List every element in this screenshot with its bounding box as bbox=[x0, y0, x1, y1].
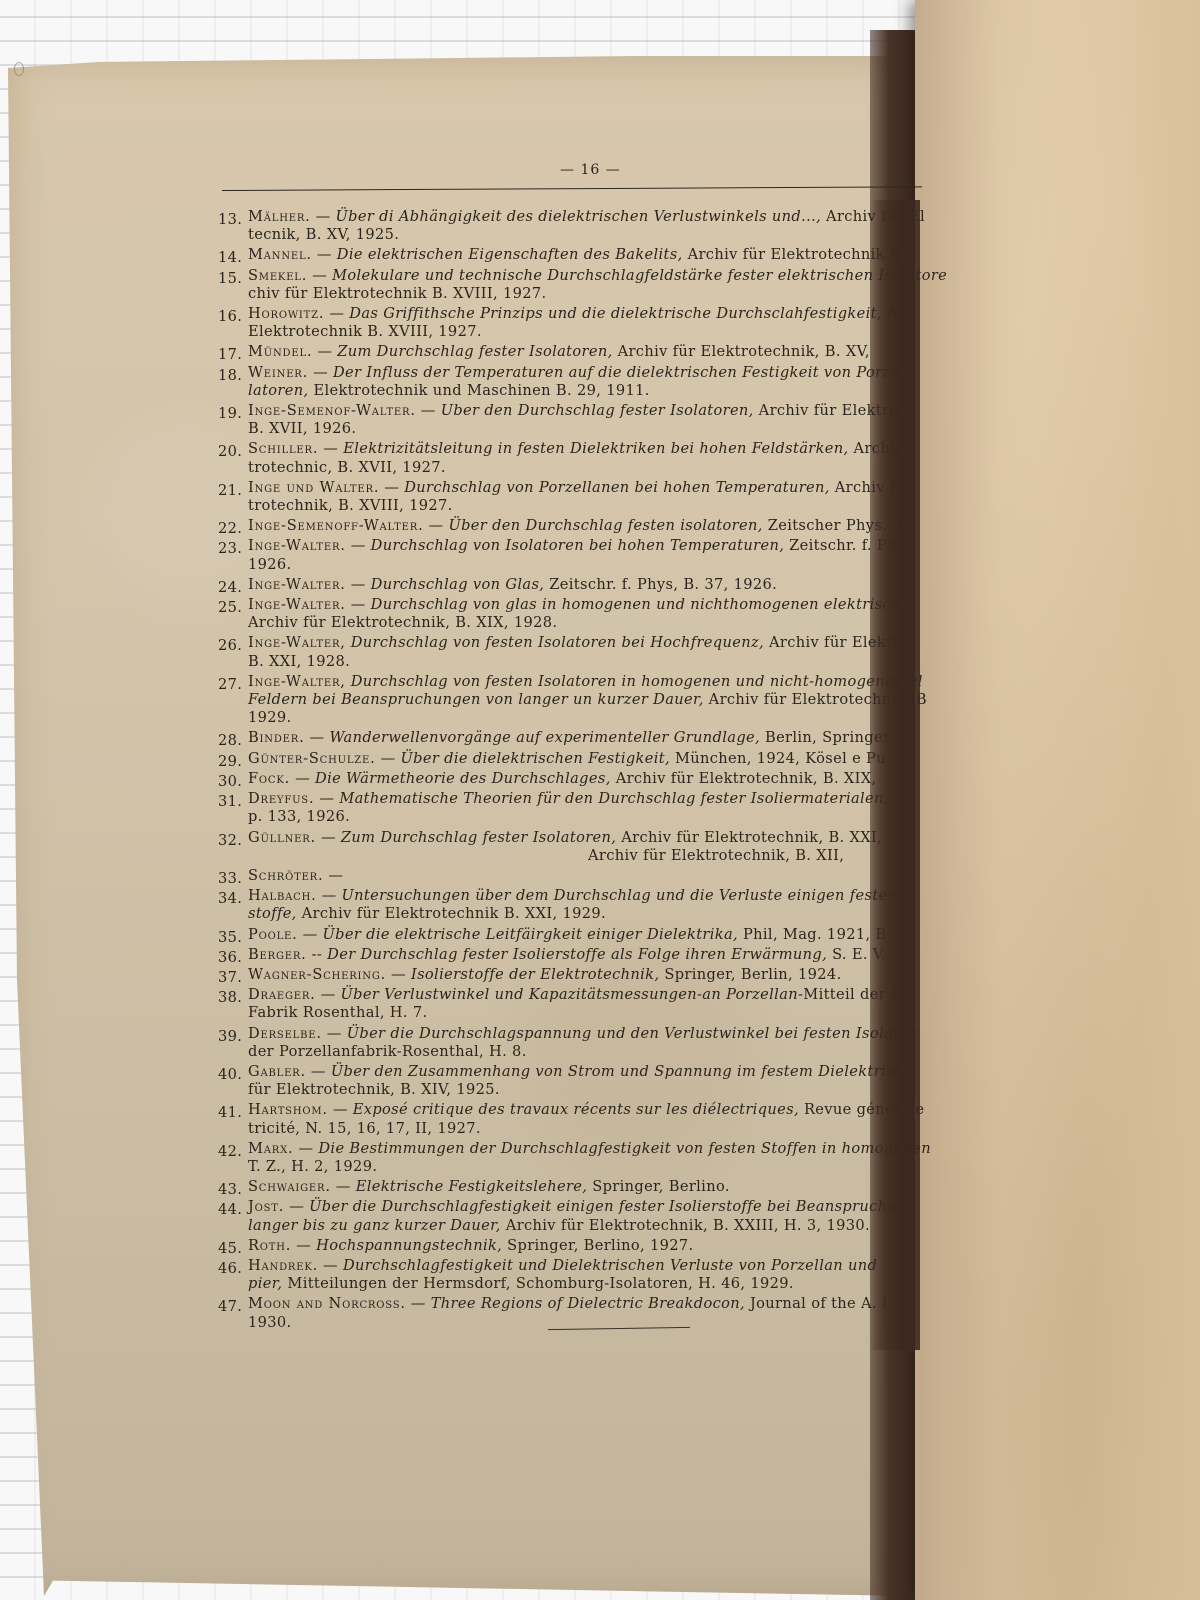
entry-line: Dreyfus. — Mathematische Theorien für de… bbox=[248, 790, 889, 807]
entry-title: Durchschlag von Glas, bbox=[371, 576, 545, 593]
entry-publication: Archiv für El bbox=[821, 208, 925, 225]
entry-title: Über die dielektrischen Festigkeit, bbox=[401, 750, 670, 767]
entry-line: Handrek. — Durchschlagfestigkeit und Die… bbox=[248, 1257, 877, 1274]
entry-continuation: p. 133, 1926. bbox=[248, 808, 938, 826]
entry-continuation: B. XXI, 1928. bbox=[248, 653, 938, 671]
entry-publication: Zeitscher Phys., B. bbox=[763, 517, 914, 534]
entry-publication-continued: Archiv für Elektrotechnik B. XXI, 1929. bbox=[297, 905, 606, 922]
entry-continuation: pier, Mitteilungen der Hermsdorf, Schomb… bbox=[248, 1275, 938, 1293]
entry-number: 18. bbox=[218, 367, 242, 385]
entry-continuation: trotechnic, B. XVII, 1927. bbox=[248, 459, 938, 477]
entry-author: Marx. bbox=[248, 1140, 293, 1157]
entry-line: Binder. — Wanderwellenvorgänge auf exper… bbox=[248, 729, 894, 746]
entry-number: 35. bbox=[218, 929, 242, 947]
entry-author: Hartshom. bbox=[248, 1101, 328, 1118]
entry-author: Inge-Walter, bbox=[248, 673, 346, 690]
entry-publication: Springer, Berlin, 1924. bbox=[659, 966, 841, 983]
entry-title-continued: pier, bbox=[248, 1275, 282, 1292]
entry-separator: — bbox=[324, 305, 349, 322]
bibliography-entry: 22.Inge-Semenoff-Walter. — Über den Durc… bbox=[218, 517, 938, 535]
entry-continuation: für Elektrotechnik, B. XIV, 1925. bbox=[248, 1081, 938, 1099]
entry-separator: — bbox=[312, 246, 337, 263]
bibliography-entry: 40.Gabler. — Über den Zusammenhang von S… bbox=[218, 1063, 938, 1099]
entry-title: Durchschlagfestigkeit und Dielektrischen… bbox=[343, 1257, 877, 1274]
entry-number: 20. bbox=[218, 443, 242, 461]
entry-author: Schiller. bbox=[248, 440, 318, 457]
entry-author: Schwaiger. bbox=[248, 1178, 331, 1195]
entry-continuation: tecnik, B. XV, 1925. bbox=[248, 226, 938, 244]
bibliography-entry: 34.Halbach. — Untersuchungen über dem Du… bbox=[218, 887, 938, 923]
entry-separator: — bbox=[305, 729, 330, 746]
bibliography-entry: 25.Inge-Walter. — Durchschlag von glas i… bbox=[218, 596, 938, 632]
entry-author: Binder. bbox=[248, 729, 305, 746]
entry-separator: — bbox=[306, 1063, 331, 1080]
bibliography-entry: 35.Poole. — Über die elektrische Leitfäi… bbox=[218, 926, 938, 944]
entry-line: Wagner-Schering. — Isolierstoffe der Ele… bbox=[248, 966, 842, 983]
entry-number: 38. bbox=[218, 989, 242, 1007]
entry-line: Schröter. — bbox=[248, 867, 343, 884]
entry-publication-continued: tecnik, B. XV, 1925. bbox=[248, 226, 399, 243]
entry-separator: — bbox=[311, 208, 336, 225]
entry-number: 36. bbox=[218, 949, 242, 967]
entry-author: Roth. bbox=[248, 1237, 291, 1254]
entry-publication: Springer, Berlino. bbox=[587, 1178, 730, 1195]
bibliography-entry: 16.Horowitz. — Das Griffithsche Prinzips… bbox=[218, 305, 938, 341]
bibliography-entry: 43.Schwaiger. — Elektrische Festigkeitsl… bbox=[218, 1178, 938, 1196]
entry-number: 29. bbox=[218, 753, 242, 771]
entry-continuation: B. XVII, 1926. bbox=[248, 420, 938, 438]
entry-author: Inge-Walter. bbox=[248, 537, 346, 554]
entry-line: Fock. — Die Wärmetheorie des Durchschlag… bbox=[248, 770, 877, 787]
entry-author: Inge-Walter. bbox=[248, 596, 346, 613]
entry-publication: Archiv für Elektrotechnik, B. XXI, bbox=[616, 829, 882, 846]
entry-publication: Springer, Berlino, 1927. bbox=[502, 1237, 693, 1254]
entry-number: 31. bbox=[218, 793, 242, 811]
entry-separator: — bbox=[322, 1025, 347, 1042]
entry-continuation: der Porzellanfabrik-Rosenthal, H. 8. bbox=[248, 1043, 938, 1061]
entry-number: 26. bbox=[218, 637, 242, 655]
bibliography-entry: 28.Binder. — Wanderwellenvorgänge auf ex… bbox=[218, 729, 938, 747]
entry-number: 24. bbox=[218, 579, 242, 597]
entry-line: Roth. — Hochspannungstechnik, Springer, … bbox=[248, 1237, 694, 1254]
entry-publication-continued: Elektrotechnik B. XVIII, 1927. bbox=[248, 323, 482, 340]
entry-separator: — bbox=[328, 1101, 353, 1118]
entry-line: Günter-Schulze. — Über die dielektrische… bbox=[248, 750, 886, 767]
entry-title: Elektrische Festigkeitslehere, bbox=[356, 1178, 588, 1195]
entry-author: Wagner-Schering. bbox=[248, 966, 386, 983]
bibliography-entry: 32.Güllner. — Zum Durchschlag fester Iso… bbox=[218, 829, 938, 865]
entry-title: Elektrizitätsleitung in festen Dielektri… bbox=[343, 440, 848, 457]
entry-separator: — bbox=[406, 1295, 431, 1312]
entry-number: 15. bbox=[218, 270, 242, 288]
entry-publication: Zeitschr. f. Phy bbox=[784, 537, 905, 554]
entry-continuation: Feldern bei Beanspruchungen von langer u… bbox=[248, 691, 938, 709]
entry-title: Zum Durchschlag fester Isolatoren, bbox=[337, 343, 612, 360]
entry-separator: — bbox=[379, 479, 404, 496]
entry-line: Hartshom. — Exposé critique des travaux … bbox=[248, 1101, 924, 1118]
page-number: — 16 — bbox=[560, 162, 621, 178]
entry-separator: — bbox=[346, 596, 371, 613]
entry-separator: — bbox=[316, 986, 341, 1003]
entry-title: Über den Durchschlag festen isolatoren, bbox=[448, 517, 762, 534]
bibliography-entry: 39.Derselbe. — Über die Durchschlagspann… bbox=[218, 1025, 938, 1061]
bibliography-entry: 23.Inge-Walter. — Durchschlag von Isolat… bbox=[218, 537, 938, 573]
bibliography-entry: 33.Schröter. — bbox=[218, 867, 938, 885]
entry-continuation: tricité, N. 15, 16, 17, II, 1927. bbox=[248, 1120, 938, 1138]
entry-number: 17. bbox=[218, 346, 242, 364]
entry-separator: — bbox=[307, 267, 332, 284]
entry-line: Inge-Walter. — Durchschlag von glas in h… bbox=[248, 596, 911, 613]
entry-number: 28. bbox=[218, 732, 242, 750]
entry-author: Gabler. bbox=[248, 1063, 306, 1080]
entry-line: Güllner. — Zum Durchschlag fester Isolat… bbox=[248, 829, 882, 846]
entry-number: 32. bbox=[218, 832, 242, 850]
entry-publication-continued: Archiv für Elektrotechnik, B. XIX, 1928. bbox=[248, 614, 557, 631]
entry-publication-continued: für Elektrotechnik, B. XIV, 1925. bbox=[248, 1081, 500, 1098]
entry-number: 39. bbox=[218, 1028, 242, 1046]
entry-separator: — bbox=[386, 966, 411, 983]
entry-continuation-indented: Archiv für Elektrotechnik, B. XII, bbox=[248, 847, 938, 865]
entry-publication: Archiv für Elektrotechnik, B. XIX, bbox=[611, 770, 877, 787]
bibliography-entry: 45.Roth. — Hochspannungstechnik, Springe… bbox=[218, 1237, 938, 1255]
entry-publication-continued: Archiv für Elektrotechnik, B. XXIII, H. … bbox=[501, 1217, 870, 1234]
entry-separator: — bbox=[284, 1198, 309, 1215]
entry-separator: — bbox=[376, 750, 401, 767]
entry-publication-continued: 1930. bbox=[248, 1314, 292, 1331]
entry-title: Durchschlag von glas in homogenen und ni… bbox=[371, 596, 911, 613]
bibliography-entry: 29.Günter-Schulze. — Über die dielektris… bbox=[218, 750, 938, 768]
entry-title: Die Bestimmungen der Durchschlagfestigke… bbox=[318, 1140, 931, 1157]
entry-continuation: Fabrik Rosenthal, H. 7. bbox=[248, 1004, 938, 1022]
entry-author: Weiner. bbox=[248, 364, 308, 381]
entry-publication: Archiv für Elektro bbox=[754, 402, 899, 419]
entry-title: Über Verlustwinkel und Kapazitätsmessung… bbox=[341, 986, 804, 1003]
bibliography-entry: 47.Moon and Norcross. — Three Regions of… bbox=[218, 1295, 938, 1331]
entry-title: Wanderwellenvorgänge auf experimenteller… bbox=[329, 729, 760, 746]
bibliography-entry: 18.Weiner. — Der Influss der Temperature… bbox=[218, 364, 938, 400]
entry-title: Die elektrischen Eigenschaften des Bakel… bbox=[337, 246, 683, 263]
entry-title: Hochspannungstechnik, bbox=[316, 1237, 502, 1254]
entry-author: Günter-Schulze. bbox=[248, 750, 376, 767]
entry-line: Inge-Walter. — Durchschlag von Glas, Zei… bbox=[248, 576, 777, 593]
entry-author: Güllner. bbox=[248, 829, 316, 846]
entry-separator: — bbox=[424, 517, 449, 534]
entry-publication-continued: Elektrotechnik und Maschinen B. 29, 1911… bbox=[308, 382, 649, 399]
entry-author: Dreyfus. bbox=[248, 790, 314, 807]
entry-title: Durchschlag von Porzellanen bei hohen Te… bbox=[404, 479, 830, 496]
entry-line: Mälher. — Über di Abhängigkeit des diele… bbox=[248, 208, 925, 225]
entry-separator: — bbox=[323, 867, 343, 884]
entry-separator: — bbox=[298, 926, 323, 943]
entry-line: Inge-Walter, Durchschlag von festen Isol… bbox=[248, 673, 923, 690]
entry-author: Inge-Walter, bbox=[248, 634, 346, 651]
entry-publication: Archiv für Elektr bbox=[764, 634, 900, 651]
entry-separator: — bbox=[317, 887, 342, 904]
entry-number: 21. bbox=[218, 482, 242, 500]
entry-number: 44. bbox=[218, 1201, 242, 1219]
entry-publication: Revue générale bbox=[799, 1101, 924, 1118]
entry-title: Über die Durchschlagfestigkeit einigen f… bbox=[309, 1198, 897, 1215]
entry-author: Schröter. bbox=[248, 867, 323, 884]
bibliography-entry: 46.Handrek. — Durchschlagfestigkeit und … bbox=[218, 1257, 938, 1293]
entry-line: Inge-Semenoff-Walter. — Über den Durchsc… bbox=[248, 517, 913, 534]
entry-publication: Archiv für Elektrotechnik B bbox=[683, 246, 901, 263]
entry-title: Über die elektrische Leitfäirgkeit einig… bbox=[323, 926, 738, 943]
entry-publication-continued: B. XVII, 1926. bbox=[248, 420, 356, 437]
bibliography-entry: 38.Draeger. — Über Verlustwinkel und Kap… bbox=[218, 986, 938, 1022]
entry-title-continued: Feldern bei Beanspruchungen von langer u… bbox=[248, 691, 704, 708]
entry-line: Weiner. — Der Influss der Temperaturen a… bbox=[248, 364, 910, 381]
entry-separator: — bbox=[308, 364, 333, 381]
bibliography-entry: 37.Wagner-Schering. — Isolierstoffe der … bbox=[218, 966, 938, 984]
entry-separator: — bbox=[318, 440, 343, 457]
entry-author: Inge-Semenoff-Walter. bbox=[248, 517, 424, 534]
entry-author: Jost. bbox=[248, 1198, 284, 1215]
entry-continuation: langer bis zu ganz kurzer Dauer, Archiv … bbox=[248, 1217, 938, 1235]
entry-author: Derselbe. bbox=[248, 1025, 322, 1042]
bibliography-entry: 14.Mannel. — Die elektrischen Eigenschaf… bbox=[218, 246, 938, 264]
entry-line: Inge-Walter, Durchschlag von festen Isol… bbox=[248, 634, 900, 651]
entry-line: Gabler. — Über den Zusammenhang von Stro… bbox=[248, 1063, 899, 1080]
bibliography-entry: 31.Dreyfus. — Mathematische Theorien für… bbox=[218, 790, 938, 826]
entry-number: 27. bbox=[218, 676, 242, 694]
entry-separator: — bbox=[312, 343, 337, 360]
entry-author: Berger. bbox=[248, 946, 307, 963]
entry-continuation: 1929. bbox=[248, 709, 938, 727]
entry-title: Über die Durchschlagspannung und den Ver… bbox=[347, 1025, 916, 1042]
entry-publication: Mitteil der I bbox=[803, 986, 897, 1003]
entry-title: Molekulare und technische Durchschlagfel… bbox=[332, 267, 947, 284]
entry-number: 42. bbox=[218, 1143, 242, 1161]
entry-continuation: trotechnik, B. XVIII, 1927. bbox=[248, 497, 938, 515]
entry-title-continued: langer bis zu ganz kurzer Dauer, bbox=[248, 1217, 501, 1234]
bibliography-entry: 20.Schiller. — Elektrizitätsleitung in f… bbox=[218, 440, 938, 476]
entry-title: Der Influss der Temperaturen auf die die… bbox=[333, 364, 910, 381]
entry-number: 45. bbox=[218, 1240, 242, 1258]
entry-number: 25. bbox=[218, 599, 242, 617]
entry-title: Durchschlag von festen Isolatoren in hom… bbox=[351, 673, 923, 690]
entry-author: Moon and Norcross. bbox=[248, 1295, 406, 1312]
entry-title: Exposé critique des travaux récents sur … bbox=[353, 1101, 799, 1118]
entry-number: 40. bbox=[218, 1066, 242, 1084]
entry-title: Durchschlag von Isolatoren bei hohen Tem… bbox=[371, 537, 785, 554]
entry-title: Das Griffithsche Prinzips und die dielek… bbox=[349, 305, 882, 322]
entry-line: Schiller. — Elektrizitätsleitung in fest… bbox=[248, 440, 914, 457]
entry-title: Three Regions of Dielectric Breakdocon, bbox=[431, 1295, 745, 1312]
entry-publication: Archiv f bbox=[830, 479, 896, 496]
entry-number: 16. bbox=[218, 308, 242, 326]
entry-title: Durchschlag von festen Isolatoren bei Ho… bbox=[351, 634, 764, 651]
bibliography-entry: 44.Jost. — Über die Durchschlagfestigkei… bbox=[218, 1198, 938, 1234]
entry-line: Derselbe. — Über die Durchschlagspannung… bbox=[248, 1025, 916, 1042]
entry-line: Draeger. — Über Verlustwinkel und Kapazi… bbox=[248, 986, 897, 1003]
bibliography-entry: 30.Fock. — Die Wärmetheorie des Durchsch… bbox=[218, 770, 938, 788]
entry-separator: — bbox=[331, 1178, 356, 1195]
entry-line: Schwaiger. — Elektrische Festigkeitslehe… bbox=[248, 1178, 730, 1195]
entry-number: 46. bbox=[218, 1260, 242, 1278]
entry-separator: — bbox=[291, 1237, 316, 1254]
entry-separator: — bbox=[316, 829, 341, 846]
bibliography-entry: 15.Smekel. — Molekulare und technische D… bbox=[218, 267, 938, 303]
entry-number: 30. bbox=[218, 773, 242, 791]
bibliography-entry: 13.Mälher. — Über di Abhängigkeit des di… bbox=[218, 208, 938, 244]
entry-separator: — bbox=[416, 402, 441, 419]
entry-title: Isolierstoffe der Elektrotechnik, bbox=[411, 966, 659, 983]
entry-author: Halbach. bbox=[248, 887, 317, 904]
entry-line: Mündel. — Zum Durchschlag fester Isolato… bbox=[248, 343, 870, 360]
entry-publication-continued: p. 133, 1926. bbox=[248, 808, 350, 825]
entry-publication: Journal of the A. I. bbox=[745, 1295, 893, 1312]
entry-continuation: T. Z., H. 2, 1929. bbox=[248, 1158, 938, 1176]
entry-publication: Berlin, Springer, bbox=[760, 729, 894, 746]
entry-title: Der Durchschlag fester Isolierstoffe als… bbox=[327, 946, 827, 963]
entry-number: 14. bbox=[218, 249, 242, 267]
entry-number: 23. bbox=[218, 540, 242, 558]
bibliography-entry: 21.Inge und Walter. — Durchschlag von Po… bbox=[218, 479, 938, 515]
entry-separator: — bbox=[346, 537, 371, 554]
entry-continuation: Archiv für Elektrotechnik, B. XIX, 1928. bbox=[248, 614, 938, 632]
bibliography-entry: 36.Berger. -- Der Durchschlag fester Iso… bbox=[218, 946, 938, 964]
entry-line: Inge und Walter. — Durchschlag von Porze… bbox=[248, 479, 896, 496]
entry-publication-continued: Archiv für Elektrotechnik, B bbox=[704, 691, 927, 708]
bibliography-entry: 19.Inge-Semenof-Walter. — Uber den Durch… bbox=[218, 402, 938, 438]
entry-author: Inge und Walter. bbox=[248, 479, 379, 496]
entry-publication: Zeitschr. f. Phys, B. 37, 1926. bbox=[544, 576, 777, 593]
entry-number: 22. bbox=[218, 520, 242, 538]
entry-line: Mannel. — Die elektrischen Eigenschaften… bbox=[248, 246, 901, 263]
entry-separator: — bbox=[314, 790, 339, 807]
entry-number: 47. bbox=[218, 1298, 242, 1316]
entry-number: 19. bbox=[218, 405, 242, 423]
entry-continuation: 1926. bbox=[248, 556, 938, 574]
entry-line: Smekel. — Molekulare und technische Durc… bbox=[248, 267, 947, 284]
entry-line: Halbach. — Untersuchungen über dem Durch… bbox=[248, 887, 895, 904]
entry-title: Über den Zusammenhang von Strom und Span… bbox=[331, 1063, 899, 1080]
bibliography-entry: 27.Inge-Walter, Durchschlag von festen I… bbox=[218, 673, 938, 728]
entry-continuation: chiv für Elektrotechnik B. XVIII, 1927. bbox=[248, 285, 938, 303]
entry-separator: — bbox=[293, 1140, 318, 1157]
entry-publication-continued: trotechnik, B. XVIII, 1927. bbox=[248, 497, 453, 514]
entry-separator: — bbox=[318, 1257, 343, 1274]
entry-number: 43. bbox=[218, 1181, 242, 1199]
entry-publication-continued: trotechnic, B. XVII, 1927. bbox=[248, 459, 446, 476]
entry-continuation: Elektrotechnik B. XVIII, 1927. bbox=[248, 323, 938, 341]
entry-author: Inge-Semenof-Walter. bbox=[248, 402, 416, 419]
entry-line: Inge-Semenof-Walter. — Uber den Durchsch… bbox=[248, 402, 898, 419]
entry-title: Mathematische Theorien für den Durchschl… bbox=[339, 790, 888, 807]
entry-line: Marx. — Die Bestimmungen der Durchschlag… bbox=[248, 1140, 931, 1157]
bibliography-entry: 26.Inge-Walter, Durchschlag von festen I… bbox=[218, 634, 938, 670]
entry-publication-continued: Mitteilungen der Hermsdorf, Schomburg-Is… bbox=[282, 1275, 794, 1292]
entry-title-continued: latoren, bbox=[248, 382, 308, 399]
entry-line: Berger. -- Der Durchschlag fester Isolie… bbox=[248, 946, 912, 963]
entry-publication: Arc bbox=[882, 305, 914, 322]
entry-publication-continued: 1926. bbox=[248, 556, 292, 573]
entry-number: 33. bbox=[218, 870, 242, 888]
entry-publication-continued: der Porzellanfabrik-Rosenthal, H. 8. bbox=[248, 1043, 527, 1060]
entry-separator: -- bbox=[307, 946, 328, 963]
entry-publication: München, 1924, Kösel e Pu bbox=[670, 750, 886, 767]
entry-author: Smekel. bbox=[248, 267, 307, 284]
entry-author: Handrek. bbox=[248, 1257, 318, 1274]
entry-number: 37. bbox=[218, 969, 242, 987]
header-rule bbox=[222, 186, 922, 191]
bibliography-entry: 42.Marx. — Die Bestimmungen der Durchsch… bbox=[218, 1140, 938, 1176]
entry-number: 34. bbox=[218, 890, 242, 908]
entry-number: 13. bbox=[218, 211, 242, 229]
entry-title: Uber den Durchschlag fester Isolatoren, bbox=[441, 402, 754, 419]
bibliography-list: 13.Mälher. — Über di Abhängigkeit des di… bbox=[218, 208, 938, 1334]
entry-publication-continued: B. XXI, 1928. bbox=[248, 653, 350, 670]
entry-publication: S. E. V., B. bbox=[827, 946, 912, 963]
entry-title: Zum Durchschlag fester Isolatoren, bbox=[341, 829, 616, 846]
entry-line: Jost. — Über die Durchschlagfestigkeit e… bbox=[248, 1198, 897, 1215]
entry-separator: — bbox=[346, 576, 371, 593]
entry-line: Horowitz. — Das Griffithsche Prinzips un… bbox=[248, 305, 914, 322]
entry-author: Horowitz. bbox=[248, 305, 324, 322]
entry-title-continued: stoffe, bbox=[248, 905, 297, 922]
entry-line: Moon and Norcross. — Three Regions of Di… bbox=[248, 1295, 893, 1312]
entry-publication: Archiv f bbox=[849, 440, 915, 457]
entry-publication-continued: Fabrik Rosenthal, H. 7. bbox=[248, 1004, 428, 1021]
entry-publication: Archiv für Elektrotechnik, B. XV, bbox=[613, 343, 870, 360]
entry-separator: — bbox=[290, 770, 315, 787]
entry-line: Inge-Walter. — Durchschlag von Isolatore… bbox=[248, 537, 905, 554]
entry-publication-continued: chiv für Elektrotechnik B. XVIII, 1927. bbox=[248, 285, 547, 302]
entry-publication-continued: T. Z., H. 2, 1929. bbox=[248, 1158, 377, 1175]
entry-title: Die Wärmetheorie des Durchschlages, bbox=[315, 770, 611, 787]
entry-number: 41. bbox=[218, 1104, 242, 1122]
entry-publication-continued: tricité, N. 15, 16, 17, II, 1927. bbox=[248, 1120, 481, 1137]
entry-line: Poole. — Über die elektrische Leitfäirgk… bbox=[248, 926, 892, 943]
bibliography-entry: 24.Inge-Walter. — Durchschlag von Glas, … bbox=[218, 576, 938, 594]
entry-author: Poole. bbox=[248, 926, 298, 943]
entry-author: Fock. bbox=[248, 770, 290, 787]
bibliography-entry: 17.Mündel. — Zum Durchschlag fester Isol… bbox=[218, 343, 938, 361]
entry-author: Draeger. bbox=[248, 986, 316, 1003]
entry-author: Mälher. bbox=[248, 208, 311, 225]
entry-author: Mannel. bbox=[248, 246, 312, 263]
page-content: — 16 — 13.Mälher. — Über di Abhängigkeit… bbox=[0, 0, 1200, 1600]
entry-title: Untersuchungen über dem Durchschlag und … bbox=[342, 887, 895, 904]
entry-title: Über di Abhängigkeit des dielektrischen … bbox=[336, 208, 822, 225]
entry-author: Mündel. bbox=[248, 343, 312, 360]
entry-publication: Phil, Mag. 1921, B. bbox=[738, 926, 892, 943]
entry-author: Inge-Walter. bbox=[248, 576, 346, 593]
entry-continuation: latoren, Elektrotechnik und Maschinen B.… bbox=[248, 382, 938, 400]
bibliography-entry: 41.Hartshom. — Exposé critique des trava… bbox=[218, 1101, 938, 1137]
entry-continuation: stoffe, Archiv für Elektrotechnik B. XXI… bbox=[248, 905, 938, 923]
